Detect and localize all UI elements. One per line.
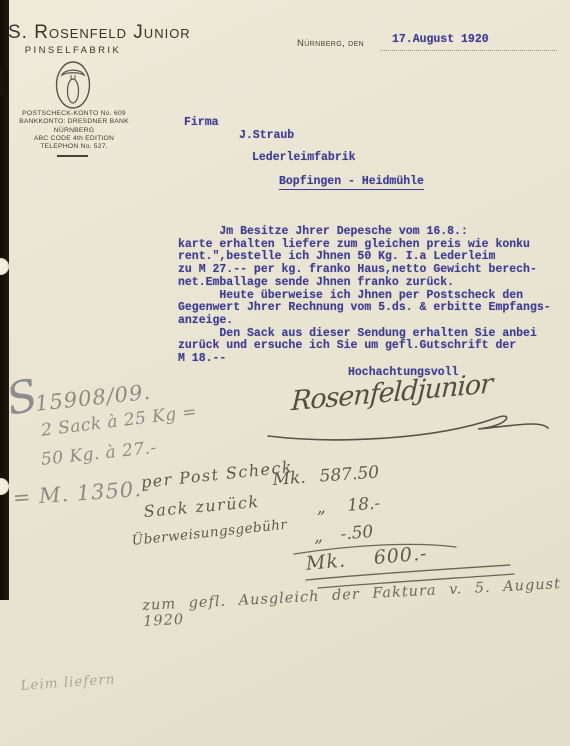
letterhead-detail-line: POSTSCHECK-KONTO No. 609	[0, 110, 148, 118]
body-line: zurück und ersuche ich Sie um gefl.Gutsc…	[178, 340, 551, 353]
letterhead-detail-line: TELEPHON No. 527.	[0, 143, 148, 151]
currency-mark: Mk.	[272, 468, 306, 490]
calc-row-amount: „ 18.-	[316, 494, 381, 518]
brush-logo-icon	[53, 59, 93, 111]
typed-date: 17.August 1920	[392, 33, 489, 46]
signature-flourish	[264, 402, 564, 447]
recipient-name: J.Straub	[239, 129, 294, 142]
body-line: net.Emballage sende Jhnen franko zurück.	[178, 277, 551, 290]
body-line: M 18.--	[178, 353, 551, 366]
amount-value: 587.50	[319, 463, 380, 487]
calc-row-label: per Post Scheck	[140, 457, 294, 492]
company-name: S. Rosenfeld Junior	[8, 22, 191, 44]
letterhead-detail-line: BANKKONTO: DRESDNER BANK NÜRNBERG	[0, 118, 148, 135]
letterhead-divider	[57, 155, 88, 157]
recipient-company: Lederleimfabrik	[252, 151, 356, 164]
company-subtitle: PINSELFABRIK	[0, 45, 146, 56]
pencil-note-line: 50 Kg. à 27.-	[40, 438, 158, 470]
body-line: anzeige.	[178, 315, 551, 328]
binder-edge-tab	[0, 70, 8, 97]
pencil-note-total: = M. 1350.-	[12, 476, 151, 510]
pencil-bottom-note: Leim liefern	[20, 671, 116, 694]
dateline-place-label: Nürnberg, den	[297, 38, 364, 49]
body-line: Gegenwert Jhrer Rechnung vom 5.ds. & erb…	[178, 302, 551, 315]
letterhead-details: POSTSCHECK-KONTO No. 609 BANKKONTO: DRES…	[0, 110, 148, 151]
recipient-city: Bopfingen - Heidmühle	[279, 175, 424, 190]
body-line: Jm Besitze Jhrer Depesche vom 16.8.:	[178, 226, 551, 239]
letter-body: Jm Besitze Jhrer Depesche vom 16.8.: kar…	[178, 226, 551, 366]
recipient-firma: Firma	[184, 116, 219, 129]
calc-row-label: Sack zurück	[143, 492, 260, 521]
amount-value: 18.-	[347, 494, 381, 516]
currency-mark: Mk.	[305, 550, 347, 575]
amount-value: 600.-	[373, 542, 428, 569]
letterhead-detail-line: ABC CODE 4th EDITION	[0, 135, 148, 143]
letter-page: S. Rosenfeld Junior PINSELFABRIK POSTSCH…	[0, 0, 570, 746]
body-line: zu M 27.-- per kg. franko Haus,netto Gew…	[178, 264, 551, 277]
